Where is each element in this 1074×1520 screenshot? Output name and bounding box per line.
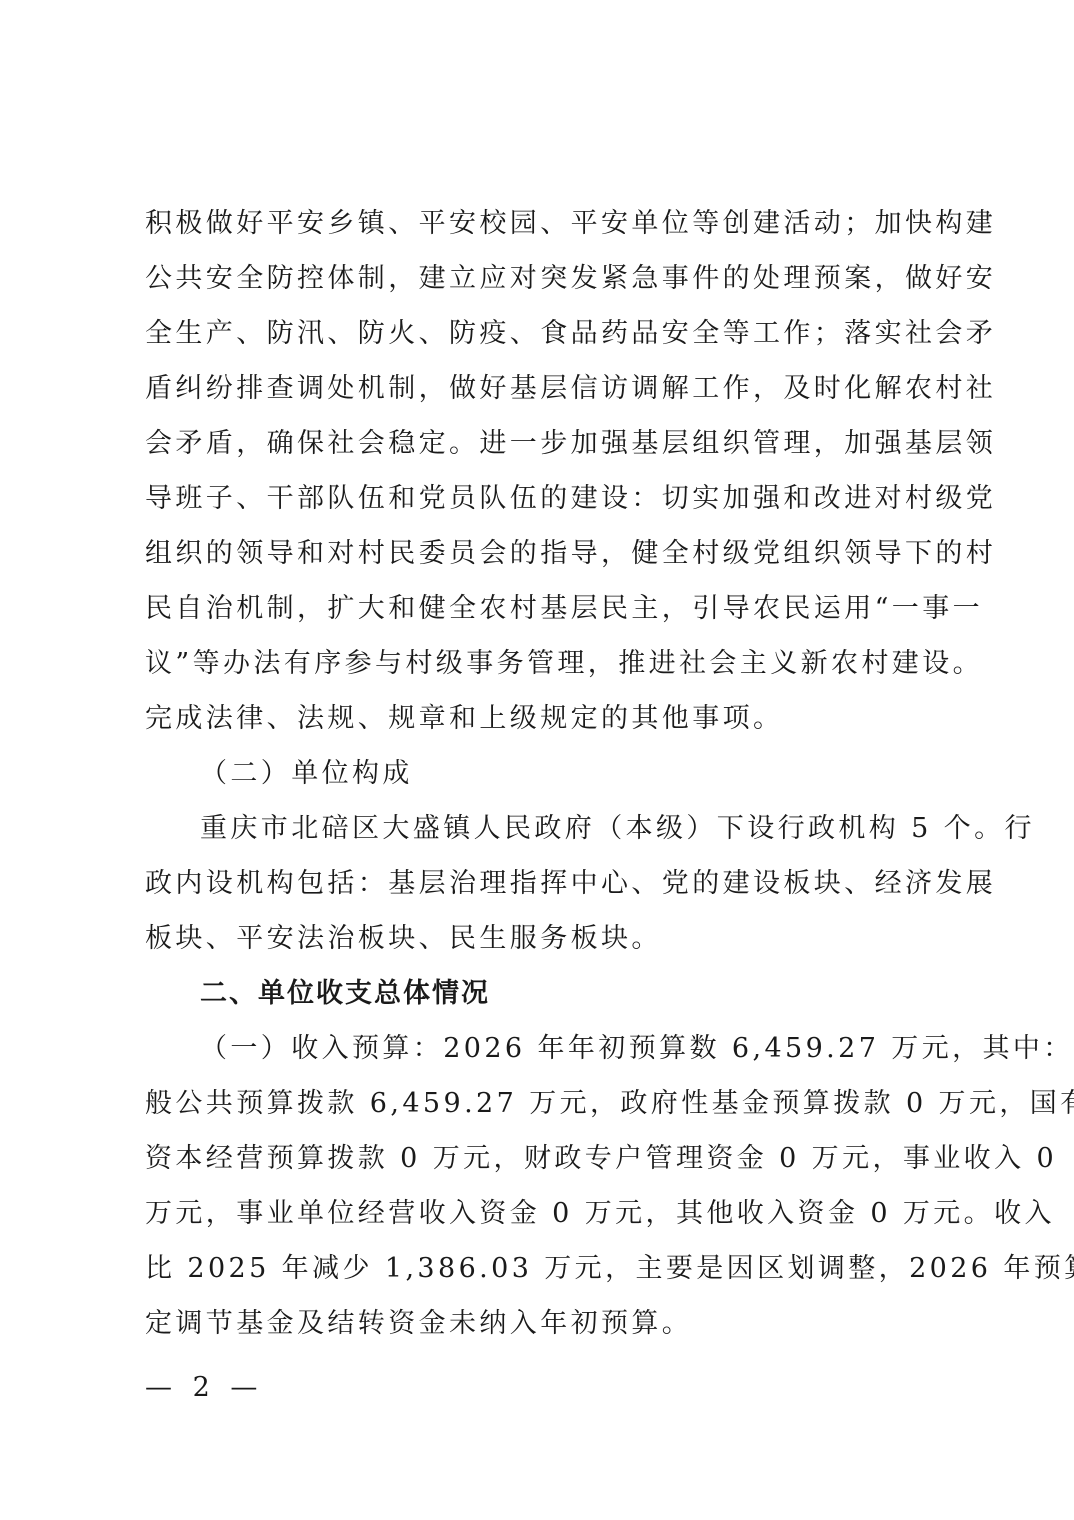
section-heading-overall: 二、单位收支总体情况	[200, 974, 945, 1014]
body-text-line: 全生产、防汛、防火、防疫、食品药品安全等工作；落实社会矛	[145, 314, 945, 354]
body-text-line: 会矛盾，确保社会稳定。进一步加强基层组织管理，加强基层领	[145, 424, 945, 464]
body-text-line: 组织的领导和对村民委员会的指导，健全村级党组织领导下的村	[145, 534, 945, 574]
body-text-line: 资本经营预算拨款 0 万元，财政专户管理资金 0 万元，事业收入 0	[145, 1139, 945, 1179]
body-text-line: 导班子、干部队伍和党员队伍的建设：切实加强和改进对村级党	[145, 479, 945, 519]
body-text-line: 板块、平安法治板块、民生服务板块。	[145, 919, 945, 959]
body-text-line: 民自治机制，扩大和健全农村基层民主，引导农民运用“一事一	[145, 589, 945, 629]
body-text-line: 万元，事业单位经营收入资金 0 万元，其他收入资金 0 万元。收入	[145, 1194, 945, 1234]
body-text-line: 完成法律、法规、规章和上级规定的其他事项。	[145, 699, 945, 739]
body-text-line: 定调节基金及结转资金未纳入年初预算。	[145, 1304, 945, 1344]
body-text-line: 公共安全防控体制，建立应对突发紧急事件的处理预案，做好安	[145, 259, 945, 299]
document-page: 积极做好平安乡镇、平安校园、平安单位等创建活动；加快构建 公共安全防控体制，建立…	[0, 0, 1074, 1520]
body-text-line: 比 2025 年减少 1,386.03 万元，主要是因区划调整，2026 年预算…	[145, 1249, 945, 1289]
body-text-line: 般公共预算拨款 6,459.27 万元，政府性基金预算拨款 0 万元，国有	[145, 1084, 945, 1124]
body-text-line: 积极做好平安乡镇、平安校园、平安单位等创建活动；加快构建	[145, 204, 945, 244]
body-text-line: 重庆市北碚区大盛镇人民政府（本级）下设行政机构 5 个。行	[200, 809, 945, 849]
body-text-line: 政内设机构包括：基层治理指挥中心、党的建设板块、经济发展	[145, 864, 945, 904]
body-text-line: 盾纠纷排查调处机制，做好基层信访调解工作，及时化解农村社	[145, 369, 945, 409]
page-number: — 2 —	[145, 1368, 263, 1408]
body-text-line: 议”等办法有序参与村级事务管理，推进社会主义新农村建设。	[145, 644, 945, 684]
section-heading-unit-composition: （二）单位构成	[200, 754, 945, 794]
body-text-line: （一）收入预算：2026 年年初预算数 6,459.27 万元，其中：一	[200, 1029, 945, 1069]
